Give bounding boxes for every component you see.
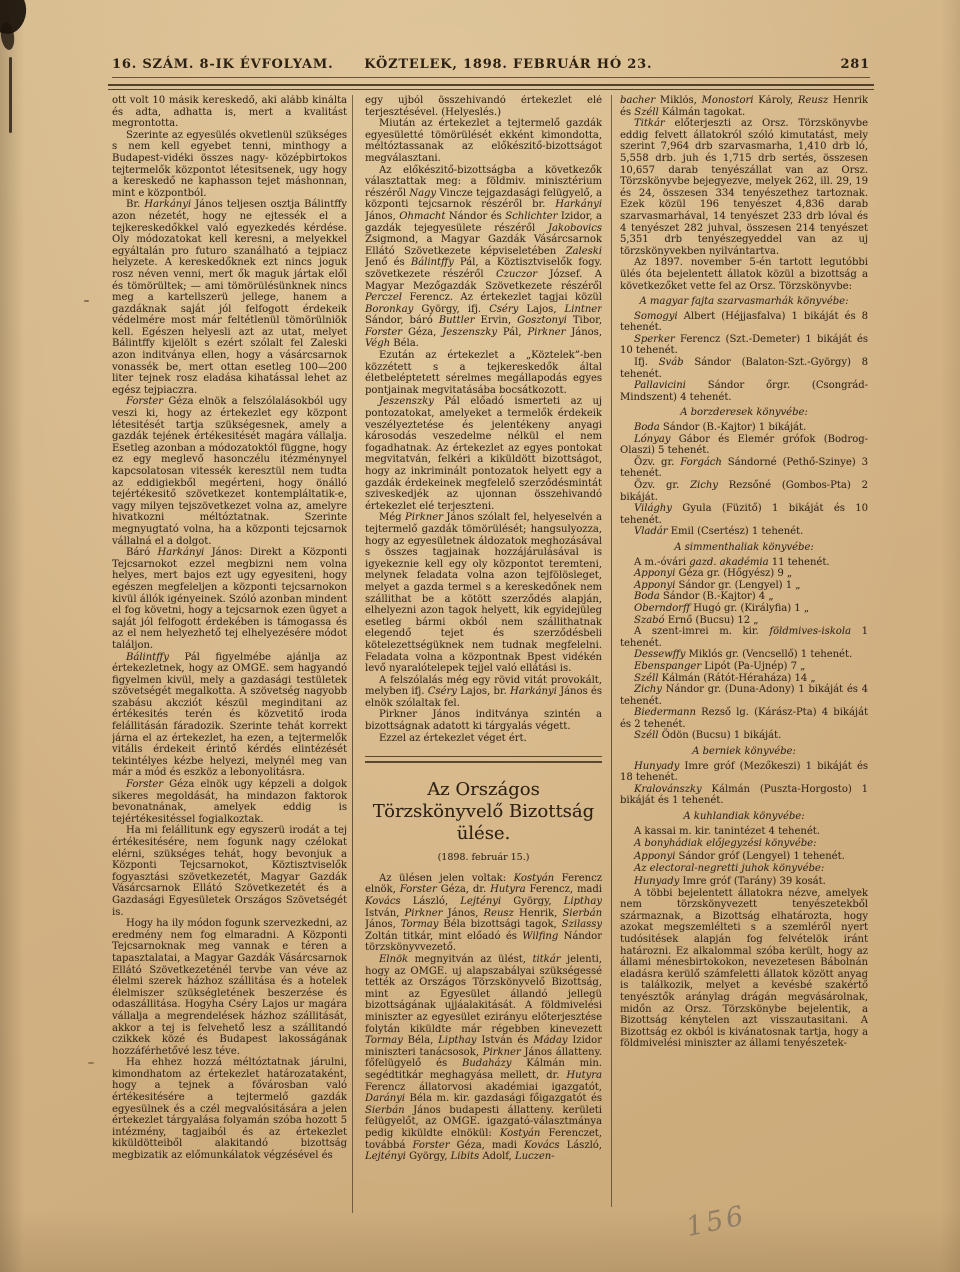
paragraph: Forster Géza elnök a felszólalásokból ug… <box>112 396 347 547</box>
subheading: A borzderesek könyvébe: <box>620 407 868 419</box>
column-2: egy ujból összehivandó értekezlet elé te… <box>365 95 602 1217</box>
paragraph: Bálintffy Pál figyelmébe ajánlja az érte… <box>112 652 347 780</box>
page-body: ott volt 10 másik kereskedő, aki alább k… <box>112 95 868 1217</box>
paragraph: Boda Sándor (B.-Kajtor) 4 „ <box>620 591 868 603</box>
header-page-number: 281 <box>840 57 870 72</box>
header-rule-thin <box>112 77 870 78</box>
paragraph: Br. Harkányi János teljesen osztja Bálin… <box>112 199 347 396</box>
subheading-left: Az electoral-negretti juhok könyvébe: <box>620 863 868 875</box>
paragraph: A kassai m. kir. tanintézet 4 tehenét. <box>620 826 868 838</box>
subheading: A simmenthaliak könyvébe: <box>620 542 868 554</box>
paragraph: Ifj. Sváb Sándor (Balaton-Szt.-György) 8… <box>620 357 868 380</box>
paragraph: Forster Géza elnök ugy képzeli a dolgok … <box>112 779 347 825</box>
article-subtitle: (1898. február 15.) <box>365 852 602 864</box>
subheading-left: A bonyhádiak előjegyzési könyvébe: <box>620 838 868 850</box>
paragraph: Hunyady Imre gróf (Mezőkeszi) 1 bikáját … <box>620 761 868 784</box>
paragraph: ott volt 10 másik kereskedő, aki alább k… <box>112 95 347 130</box>
paragraph: Titkár előterjeszti az Orsz. Törzskönyvb… <box>620 118 868 257</box>
paragraph: egy ujból összehivandó értekezlet elé te… <box>365 95 602 118</box>
paragraph: Miután az értekezlet a tejtermelő gazdák… <box>365 118 602 164</box>
paragraph: Széll Ödön (Bucsu) 1 bikáját. <box>620 730 868 742</box>
page-header: 16. SZÁM. 8-IK ÉVFOLYAM. KÖZTELEK, 1898.… <box>112 57 870 72</box>
paragraph: Báró Harkányi János: Direkt a Központi T… <box>112 547 347 651</box>
header-issue-number: 16. SZÁM. 8-IK ÉVFOLYAM. <box>112 57 333 72</box>
article-title: Az Országos Törzskönyvelő Bizottság ülés… <box>369 779 598 845</box>
paragraph: Pallavicini Sándor őrgr. (Csongrád-Minds… <box>620 380 868 403</box>
paragraph: Még Pirkner János szólalt fel, helyeselv… <box>365 512 602 674</box>
paragraph: Apponyi Sándor gr. (Lengyel) 1 „ <box>620 580 868 592</box>
paragraph: Oberndorff Hugó gr. (Királyfia) 1 „ <box>620 603 868 615</box>
paragraph: Özv. gr. Zichy Rezsőné (Gombos-Pta) 2 bi… <box>620 480 868 503</box>
paragraph: Boda Sándor (B.-Kajtor) 1 bikáját. <box>620 422 868 434</box>
paragraph: Ha ehhez hozzá méltóztatnak járulni, kim… <box>112 1057 347 1161</box>
subheading: A kuhlandiak könyvébe: <box>620 811 868 823</box>
column-3: bacher Miklós, Monostori Károly, Reusz H… <box>620 95 868 1217</box>
paragraph: A szent-imrei m. kir. földmives-iskola 1… <box>620 626 868 649</box>
paragraph: Zichy Nándor gr. (Duna-Adony) 1 bikáját … <box>620 684 868 707</box>
paragraph: Világhy Gyula (Füzitő) 1 bikáját és 10 t… <box>620 503 868 526</box>
paragraph: Az előkészitő-bizottságba a következők v… <box>365 165 602 351</box>
scan-speck <box>84 300 89 302</box>
page: { "header": { "issue": "16. SZÁM. 8-IK É… <box>0 0 960 1272</box>
divider <box>365 756 602 763</box>
paragraph: Somogyi Albert (Héjjasfalva) 1 bikáját é… <box>620 311 868 334</box>
paragraph: Ezzel az értekezlet véget ért. <box>365 733 602 745</box>
paragraph: Hunyady Imre gróf (Tarány) 39 kosát. <box>620 876 868 888</box>
paragraph: bacher Miklós, Monostori Károly, Reusz H… <box>620 95 868 118</box>
paragraph: Hogy ha ily módon fogunk szervezkedni, a… <box>112 918 347 1057</box>
paragraph: Jeszenszky Pál előadó ismerteti az uj po… <box>365 396 602 512</box>
paragraph: A felszólalás még egy rövid vitát provok… <box>365 675 602 710</box>
paragraph: A m.-óvári gazd. akadémia 11 tehenét. <box>620 557 868 569</box>
paragraph: Kralovánszky Kálmán (Puszta-Horgosto) 1 … <box>620 784 868 807</box>
paragraph: Lónyay Gábor és Elemér grófok (Bodrog-Ol… <box>620 434 868 457</box>
paragraph: Pirkner János inditványa szintén a bizot… <box>365 709 602 732</box>
paragraph: Ha mi felállitunk egy egyszerü irodát a … <box>112 825 347 918</box>
subheading: A magyar fajta szarvasmarhák könyvébe: <box>620 296 868 308</box>
paragraph: A többi bejelentett állatokra nézve, ame… <box>620 888 868 1050</box>
paragraph: Apponyi Sándor gróf (Lengyel) 1 tehenét. <box>620 851 868 863</box>
subheading: A berniek könyvébe: <box>620 746 868 758</box>
paragraph: Az 1897. november 5-én tartott legutóbbi… <box>620 257 868 292</box>
paragraph: Vladár Emil (Csertész) 1 tehenét. <box>620 526 868 538</box>
column-divider-rule-2 <box>611 95 612 1207</box>
scan-streak-left-edge <box>9 57 12 133</box>
paragraph: Biedermann Rezső lg. (Kárász-Pta) 4 biká… <box>620 707 868 730</box>
paragraph: Szerinte az egyesülés okvetlenül szükség… <box>112 130 347 200</box>
paragraph: Ezután az értekezlet a „Köztelek”-ben kö… <box>365 350 602 396</box>
paragraph: Az ülésen jelen voltak: Kostyán Ferencz … <box>365 873 602 954</box>
scan-speck <box>88 1062 94 1064</box>
paragraph: Apponyi Géza gr. (Hőgyész) 9 „ <box>620 568 868 580</box>
header-rule-thick <box>108 84 874 90</box>
paragraph: Elnök megnyitván az ülést, titkár jelent… <box>365 954 602 1163</box>
header-journal-title: KÖZTELEK, 1898. FEBRUÁR HÓ 23. <box>364 57 652 72</box>
paragraph: Özv. gr. Forgách Sándorné (Pethő-Szinye)… <box>620 457 868 480</box>
column-1: ott volt 10 másik kereskedő, aki alább k… <box>112 95 347 1217</box>
paragraph: Sperker Ferencz (Szt.-Demeter) 1 bikáját… <box>620 334 868 357</box>
column-divider-rule-1 <box>352 95 353 1213</box>
paragraph: Dessewffy Miklós gr. (Vencsellő) 1 tehen… <box>620 649 868 661</box>
paragraph: Szabó Ernő (Bucsu) 12 „ <box>620 615 868 627</box>
paragraph: Ebenspanger Lipót (Pa-Ujnép) 7 „ <box>620 661 868 673</box>
paragraph: Széll Kálmán (Rátót-Héraháza) 14 „ <box>620 673 868 685</box>
